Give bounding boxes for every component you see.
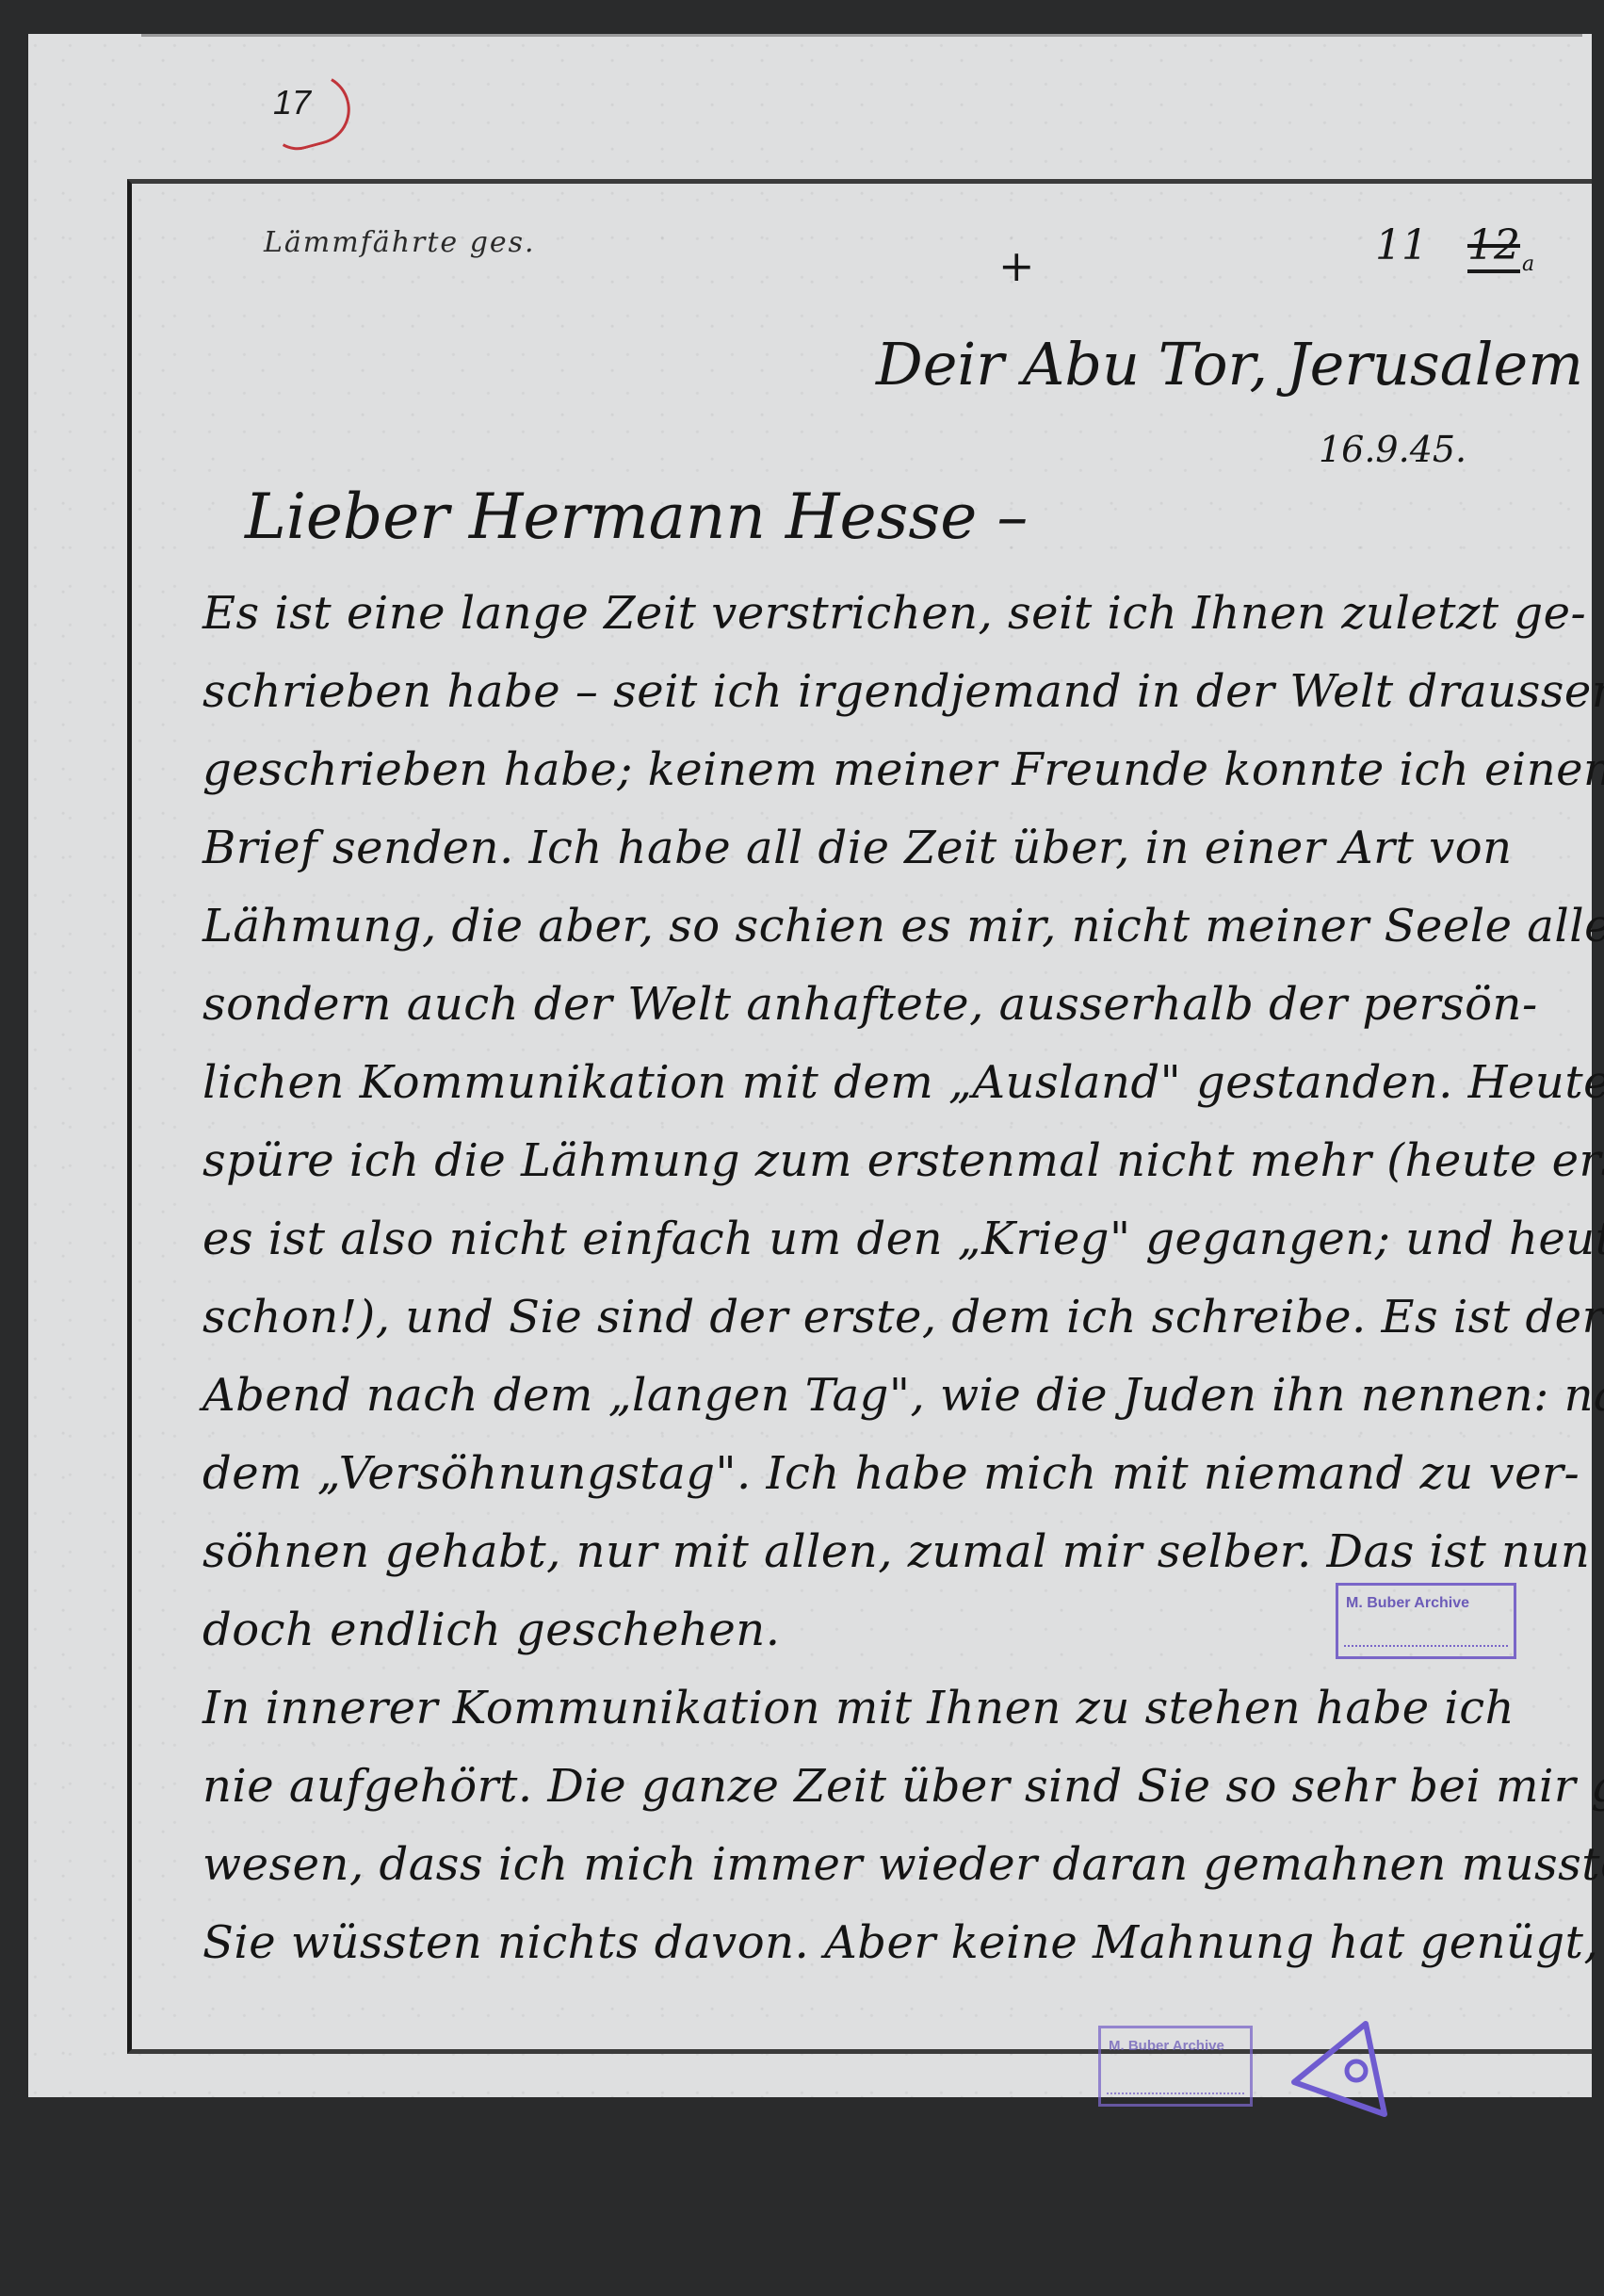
body-line: lichen Kommunikation mit dem „Ausland" g… (203, 1044, 1559, 1122)
cross-mark: + (998, 240, 1035, 291)
letter-body: Es ist eine lange Zeit verstrichen, seit… (203, 575, 1559, 1982)
letter-date: 16.9.45. (1319, 429, 1466, 470)
archive-stamp-label: M. Buber Archive (1346, 1595, 1469, 1612)
body-line: dem „Versöhnungstag". Ich habe mich mit … (203, 1435, 1559, 1513)
folio-number: 17 (273, 83, 311, 122)
body-line: söhnen gehabt, nur mit allen, zumal mir … (203, 1513, 1559, 1591)
body-line: schrieben habe – seit ich irgendjemand i… (203, 653, 1559, 731)
body-line: Brief senden. Ich habe all die Zeit über… (203, 809, 1559, 887)
page-number-struck: 12 (1467, 221, 1520, 273)
triangle-stamp-icon (1290, 2016, 1413, 2120)
copy-edge-rule (141, 34, 1582, 37)
body-line: Es ist eine lange Zeit verstrichen, seit… (203, 575, 1559, 653)
archive-stamp-faded: M. Buber Archive (1098, 2026, 1253, 2107)
body-line: Lähmung, die aber, so schien es mir, nic… (203, 887, 1559, 966)
archive-stamp: M. Buber Archive (1336, 1583, 1516, 1659)
top-annotation: Lämmfährte ges. (264, 226, 536, 259)
page-numbers: 11 12a (1375, 221, 1534, 276)
archive-stamp-dotted-line (1344, 1645, 1508, 1647)
letter-salutation: Lieber Hermann Hesse – (245, 480, 1028, 553)
body-line: In innerer Kommunikation mit Ihnen zu st… (203, 1669, 1559, 1748)
body-line: sondern auch der Welt anhaftete, ausserh… (203, 966, 1559, 1044)
page-number-first: 11 (1375, 221, 1428, 269)
body-line: Abend nach dem „langen Tag", wie die Jud… (203, 1357, 1559, 1435)
body-line: schon!), und Sie sind der erste, dem ich… (203, 1278, 1559, 1357)
body-line: nie aufgehört. Die ganze Zeit über sind … (203, 1748, 1559, 1826)
body-line: spüre ich die Lähmung zum erstenmal nich… (203, 1122, 1559, 1200)
body-line: wesen, dass ich mich immer wieder daran … (203, 1826, 1559, 1904)
archive-stamp-label: M. Buber Archive (1109, 2038, 1224, 2054)
body-line: Sie wüssten nichts davon. Aber keine Mah… (203, 1904, 1559, 1982)
body-line: es ist also nicht einfach um den „Krieg"… (203, 1200, 1559, 1278)
body-line: geschrieben habe; keinem meiner Freunde … (203, 731, 1559, 809)
letter-place: Deir Abu Tor, Jerusalem (876, 330, 1583, 399)
archive-stamp-dotted-line (1107, 2092, 1244, 2094)
page-number-suffix: a (1522, 252, 1534, 276)
